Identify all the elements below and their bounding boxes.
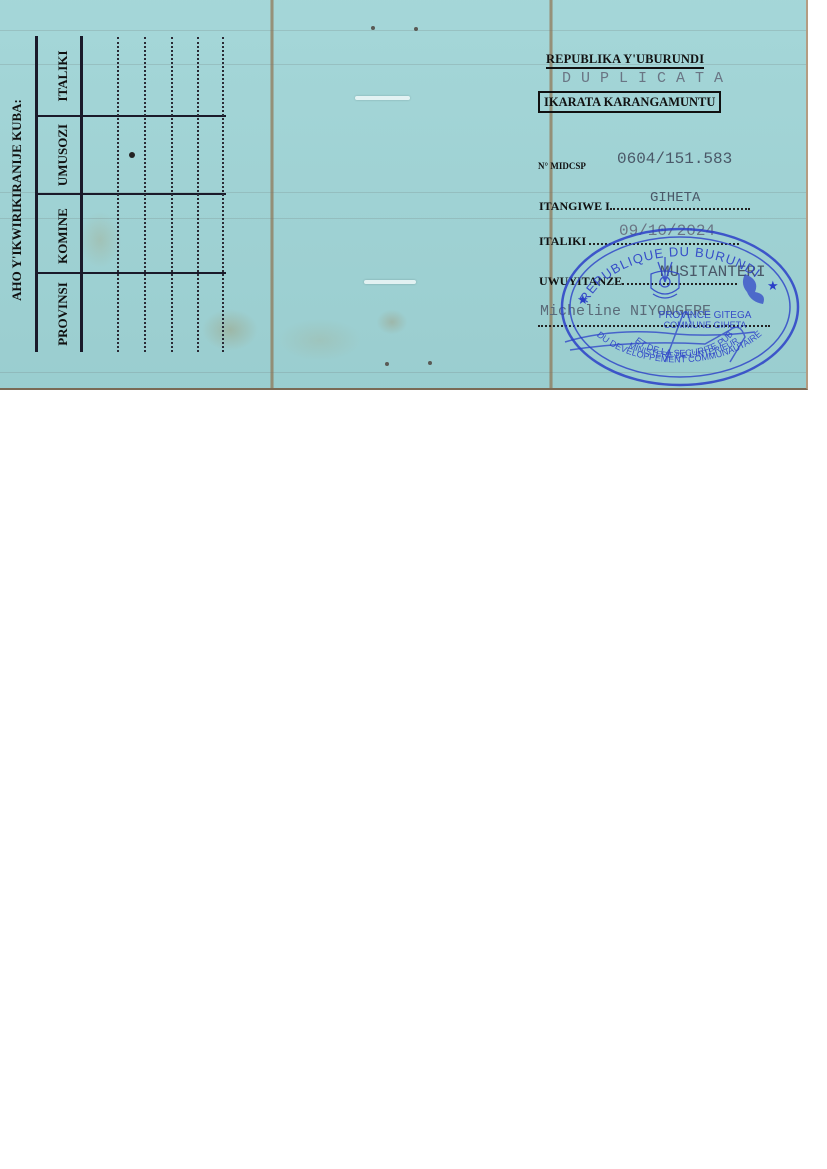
paper-line [0,30,806,31]
entry-line [197,37,199,352]
number-label: N° MIDCSP [538,161,586,171]
entry-line [144,37,146,352]
ink-blot [129,152,135,158]
paper-line [0,218,806,219]
entry-line [171,37,173,352]
issued-at-label: ITANGIWE I [539,198,750,214]
staple-hole [371,26,375,30]
staple-mark [355,96,410,100]
svg-text:DU DEVELOPPEMENT COMMUNAUTAIRE: DU DEVELOPPEMENT COMMUNAUTAIRE [595,329,763,365]
fold-crease-left [270,0,274,388]
number-value: 0604/151.583 [617,150,732,168]
entry-line [222,37,224,352]
staple-hole [428,361,432,365]
staple-hole [414,27,418,31]
entry-line [117,37,119,352]
staple-hole [385,362,389,366]
date-value: 09/10/2024 [619,222,715,240]
duplicate-mark: DUPLICATA [562,70,733,87]
signatory-line [538,314,770,332]
issuer-value: MUSITANTERI [660,263,766,281]
card-title: IKARATA KARANGAMUNTU [538,91,721,113]
stamp-ring-line-2: DU DEVELOPPEMENT COMMUNAUTAIRE [595,329,763,365]
paper-line [0,372,806,373]
svg-text:MINISTERE DE L'INTERIEUR: MINISTERE DE L'INTERIEUR [627,335,740,360]
country-title: REPUBLIKA Y'UBURUNDI [546,52,704,69]
identity-card: AHO Y'IKWIRIKIRANIJE KUBA: PROVINSI KOMI… [0,0,808,390]
staple-mark [364,280,416,284]
issued-at-value: GIHETA [650,190,700,206]
stamp-ring-line-1: MINISTERE DE L'INTERIEUR [627,335,740,360]
star-icon: ★ [767,278,779,293]
